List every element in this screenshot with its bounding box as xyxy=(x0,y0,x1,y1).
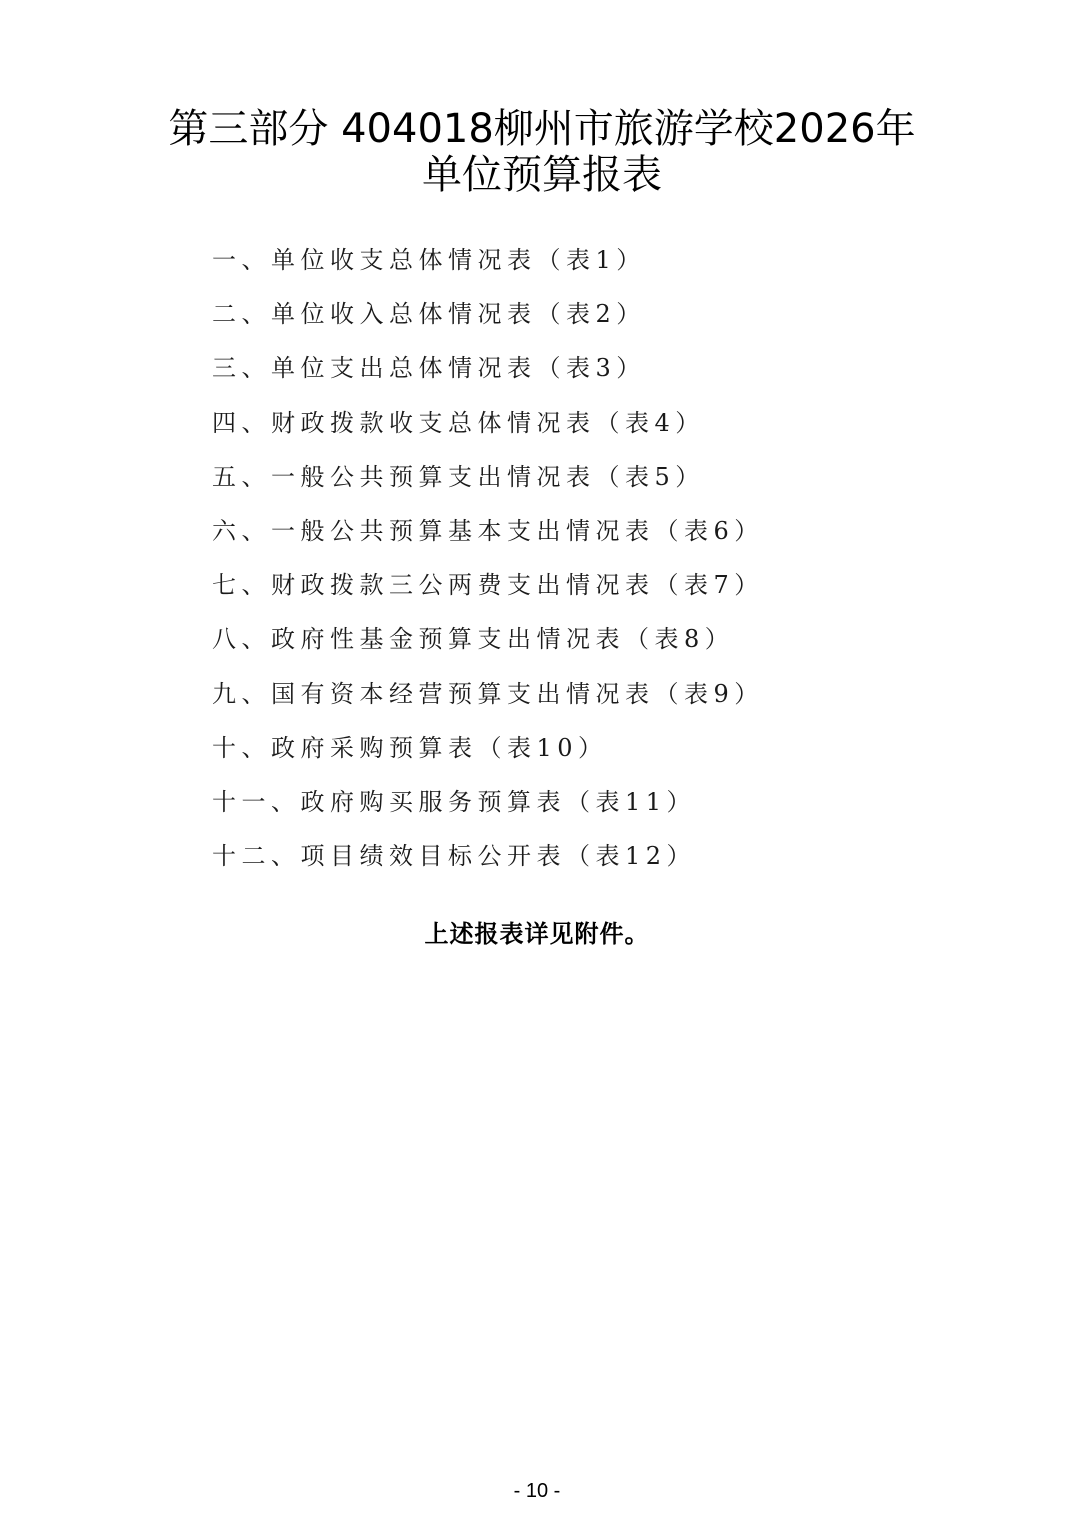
page-title: 第三部分 404018柳州市旅游学校2026年单位预算报表 xyxy=(150,106,934,198)
toc-item-table-2: 二、单位收入总体情况表（表2） xyxy=(212,296,764,350)
attachment-note: 上述报表详见附件。 xyxy=(0,916,1074,952)
toc-item-table-9: 九、国有资本经营预算支出情况表（表9） xyxy=(212,676,764,730)
toc-item-table-12: 十二、项目绩效目标公开表（表12） xyxy=(212,838,764,892)
toc-item-table-3: 三、单位支出总体情况表（表3） xyxy=(212,350,764,404)
toc-item-table-4: 四、财政拨款收支总体情况表（表4） xyxy=(212,405,764,459)
toc-item-table-10: 十、政府采购预算表（表10） xyxy=(212,730,764,784)
toc-item-table-7: 七、财政拨款三公两费支出情况表（表7） xyxy=(212,567,764,621)
page-number: - 10 - xyxy=(0,1478,1074,1504)
toc-item-table-1: 一、单位收支总体情况表（表1） xyxy=(212,242,764,296)
toc-item-table-5: 五、一般公共预算支出情况表（表5） xyxy=(212,459,764,513)
toc-item-table-11: 十一、政府购买服务预算表（表11） xyxy=(212,784,764,838)
toc-item-table-8: 八、政府性基金预算支出情况表（表8） xyxy=(212,621,764,675)
table-of-contents: 一、单位收支总体情况表（表1） 二、单位收入总体情况表（表2） 三、单位支出总体… xyxy=(212,242,764,892)
toc-item-table-6: 六、一般公共预算基本支出情况表（表6） xyxy=(212,513,764,567)
